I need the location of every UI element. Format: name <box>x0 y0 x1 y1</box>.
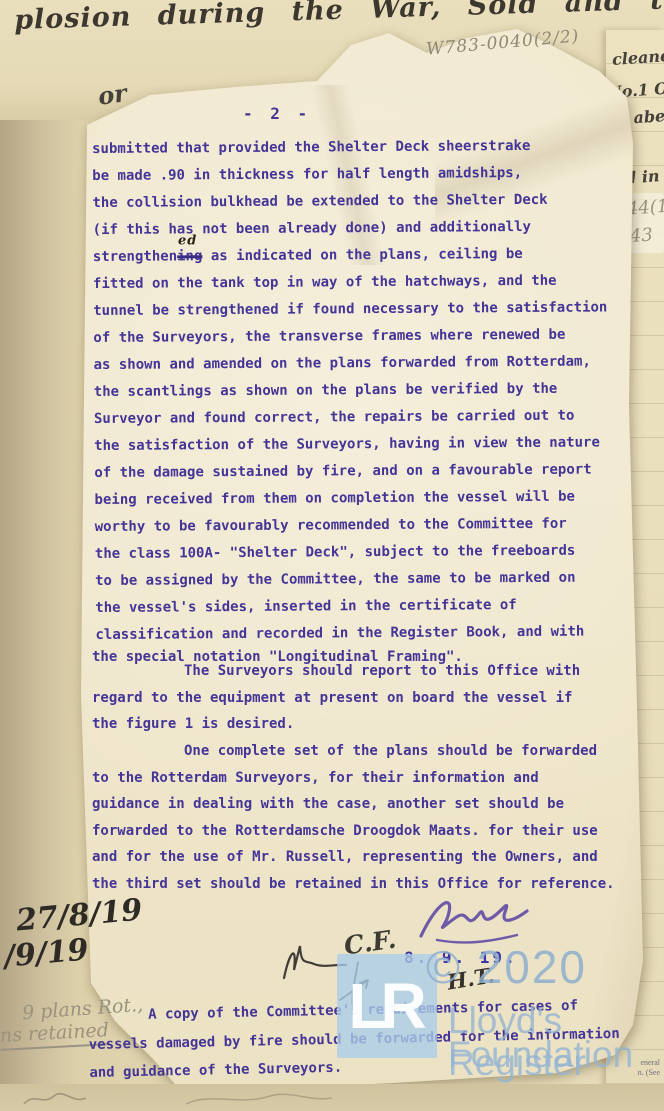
typed-line: be made .90 in thickness for half length… <box>92 164 627 195</box>
typed-line: of the damage sustained by fire, and on … <box>94 461 629 492</box>
pencil-scribble <box>20 1086 140 1110</box>
typed-line: the vessel's sides, inserted in the cert… <box>95 596 630 627</box>
typed-line: forwarded to the Rotterdamsche Droogdok … <box>92 823 627 850</box>
typed-line: the figure 1 is desired. <box>92 716 627 743</box>
typed-line: the scantlings as shown on the plans be … <box>94 380 629 411</box>
body-paragraph-1: submitted that provided the Shelter Deck… <box>92 137 631 654</box>
typed-line: worthy to be favourably recommended to t… <box>95 515 630 546</box>
typed-line: the third set should be retained in this… <box>92 876 627 903</box>
handwritten-insertion: ed <box>178 233 197 248</box>
typed-line: of the Surveyors, the transverse frames … <box>93 326 628 357</box>
underlying-form-print: eneral n. (See <box>612 1058 660 1078</box>
typed-line: Surveyor and found correct, the repairs … <box>94 407 629 438</box>
typed-line: fitted on the tank top in way of the hat… <box>93 272 628 303</box>
document-scan: plosion during the War, Sold and towed t… <box>0 0 664 1111</box>
typed-line: being received from them on completion t… <box>94 488 629 519</box>
typed-line: as shown and amended on the plans forwar… <box>94 353 629 384</box>
body-paragraph-3: One complete set of the plans should be … <box>92 743 627 902</box>
struck-text: ing <box>177 248 202 264</box>
typed-line: and for the use of Mr. Russell, represen… <box>92 849 627 876</box>
handwritten-date: /9/19 <box>3 932 90 974</box>
page-number: - 2 - <box>243 104 311 123</box>
typed-line: to be assigned by the Committee, the sam… <box>95 569 630 600</box>
typed-line: (if this has not been already done) and … <box>93 218 628 249</box>
typed-line: the collision bulkhead be extended to th… <box>92 191 627 222</box>
pencil-scribble <box>180 1088 340 1110</box>
correction-prefix: strengthen <box>93 248 177 265</box>
typed-line: the satisfaction of the Surveyors, havin… <box>94 434 629 465</box>
tiny-print-line: n. (See <box>612 1068 660 1078</box>
tiny-print-line: eneral <box>612 1058 660 1068</box>
typed-line: the class 100A- "Shelter Deck", subject … <box>95 542 630 573</box>
typed-line: guidance in dealing with the case, anoth… <box>92 796 627 823</box>
typed-line: One complete set of the plans should be … <box>92 743 627 770</box>
correction-rest: as indicated on the plans, ceiling be <box>202 246 522 264</box>
typed-line-correction: strengtheninged as indicated on the plan… <box>93 245 628 276</box>
typed-line: regard to the equipment at present on bo… <box>92 690 627 717</box>
body-paragraph-2: The Surveyors should report to this Offi… <box>92 663 627 743</box>
signature-purple-ink <box>413 890 533 948</box>
typed-line: to the Rotterdam Surveyors, for their in… <box>92 770 627 797</box>
typed-line: tunnel be strengthened if found necessar… <box>93 299 628 330</box>
typed-line: The Surveyors should report to this Offi… <box>92 663 627 690</box>
body-paragraph-4: A copy of the Committee's requirements f… <box>88 996 650 1093</box>
typed-line: submitted that provided the Shelter Deck… <box>92 137 627 168</box>
typed-date: 8. 9. 19. <box>404 948 518 967</box>
